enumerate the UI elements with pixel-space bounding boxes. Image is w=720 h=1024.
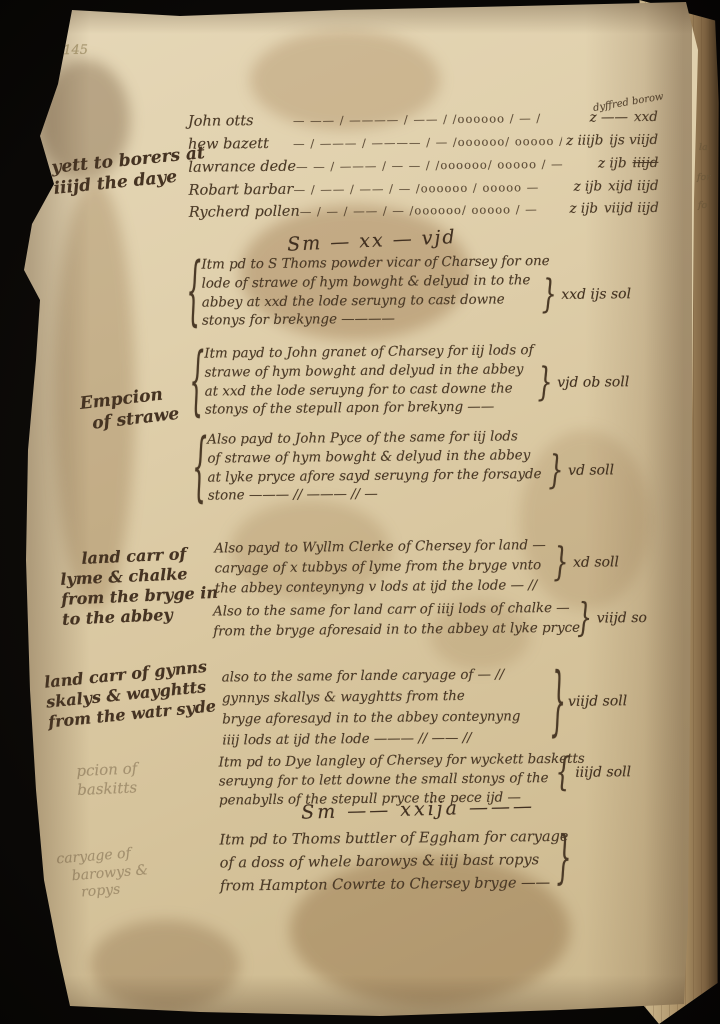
row-amount-denom: xxd xyxy=(634,109,658,125)
handwritten-content: 145 yett to borers at iiijd the daye Joh… xyxy=(0,0,720,1024)
account-entry: Itm payd to John granet of Charsey for i… xyxy=(204,342,534,421)
entry-brace: } xyxy=(556,830,571,887)
labourer-row: John otts — —— / ———— / —— / /oooooo / —… xyxy=(188,109,658,130)
entry-brace: } xyxy=(550,665,566,741)
margin-note-line: pcion of xyxy=(76,759,138,780)
row-amount: z iiijb xyxy=(566,132,603,148)
account-entry: Also payd to Wyllm Clerke of Chersey for… xyxy=(214,536,546,599)
amount-text: iiijd soll xyxy=(575,764,631,781)
entry-line: stonys of the stepull apon for brekyng —… xyxy=(205,399,534,421)
row-amount-denom: viijd iijd xyxy=(604,200,659,217)
account-entry: Also to the same for land carr of iiij l… xyxy=(213,599,580,643)
labourer-name: Rycherd pollen xyxy=(189,204,300,221)
amount-text: vjd ob soll xyxy=(557,374,629,391)
entry-amount: } xd soll xyxy=(552,549,619,576)
amount-brace: } xyxy=(553,543,568,582)
margin-note-lyme-chalke: land carr of lyme & chalke from the bryg… xyxy=(59,543,219,630)
row-amount: z ijb xyxy=(598,155,627,171)
row-amount-denom-struck: iiijd xyxy=(632,155,658,171)
account-entry: Also payd to John Pyce of the same for i… xyxy=(207,428,542,507)
labourer-row: hew bazett — / ——— / ———— / — /oooooo/ o… xyxy=(188,132,658,153)
labourer-name: John otts xyxy=(188,113,293,130)
margin-note-baskets: pcion of baskitts xyxy=(76,759,138,799)
entry-amount: } xxd ijs sol xyxy=(541,281,632,308)
margin-note-line: baskitts xyxy=(77,778,139,799)
labourer-row: lawrance dede — — / ——— / — — / /oooooo/… xyxy=(188,155,658,176)
entry-line: iiij lods at ijd the lode ——— // —— // xyxy=(222,727,520,751)
entry-line: bryge aforesayd in to the abbey conteyny… xyxy=(222,706,520,730)
entry-brace: { xyxy=(189,345,205,421)
entry-amount: } vd soll xyxy=(547,457,614,484)
row-amount-denom: ijs viijd xyxy=(609,132,658,149)
labourer-name: lawrance dede xyxy=(188,159,296,176)
entry-brace: { xyxy=(192,431,208,507)
amount-brace: } xyxy=(541,275,556,314)
entry-line: from the bryge aforesaid in to the abbey… xyxy=(213,619,580,643)
row-amount-denom: xijd iijd xyxy=(608,178,659,195)
entry-line: stonys for brekynge ———— xyxy=(202,309,550,331)
manuscript-leaf: 145 yett to borers at iiijd the daye Joh… xyxy=(0,0,720,1024)
amount-brace: { xyxy=(555,753,570,792)
labourer-name: hew bazett xyxy=(188,136,293,153)
entry-line: also to the same for lande caryage of — … xyxy=(222,664,520,688)
entry-amount: viijd soll xyxy=(568,693,627,710)
entry-line: the abbey conteynyng v lods at ijd the l… xyxy=(215,576,547,599)
next-leaf-text-fragment: for xyxy=(697,172,711,183)
entry-line: at lyke pryce afore sayd seruyng for the… xyxy=(208,466,542,488)
entry-line: stone ——— // ——— // — xyxy=(208,484,542,506)
next-leaf-text-fragment: la xyxy=(699,142,708,153)
row-amount: z ijb xyxy=(569,200,598,216)
margin-note-carriage: caryage of barowys & ropys xyxy=(56,844,150,904)
row-amount: z ijb xyxy=(573,178,602,194)
entry-amount: { iiijd soll xyxy=(555,759,632,786)
tally-marks: — / — / —— / — /oooooo/ ooooo / — xyxy=(300,202,566,219)
account-entry: Itm pd to Thoms buttler of Eggham for ca… xyxy=(219,826,569,899)
tally-marks: — / ——— / ———— / — /oooooo/ ooooo / — xyxy=(293,134,562,151)
account-entry: Itm pd to S Thoms powder vicar of Charse… xyxy=(201,253,550,332)
amount-text: viijd so xyxy=(597,610,647,627)
tally-marks: — —— / ———— / —— / /oooooo / — / xyxy=(293,111,586,128)
entry-line: seruyng for to lett downe the small ston… xyxy=(219,769,585,792)
account-entry: also to the same for lande caryage of — … xyxy=(222,664,521,751)
entry-amount: } viijd so xyxy=(576,605,647,632)
margin-note-straw: Empcion of strawe xyxy=(79,383,181,436)
amount-brace: } xyxy=(577,599,592,638)
tally-marks: — / —— / —— / — /oooooo / ooooo — xyxy=(294,180,570,197)
amount-text: viijd soll xyxy=(568,693,627,710)
labourer-name: Robart barbar xyxy=(189,182,294,199)
amount-text: vd soll xyxy=(568,462,614,478)
amount-brace: } xyxy=(537,363,552,402)
next-leaf-text-fragment: fo xyxy=(698,200,707,211)
entry-line: from Hampton Cowrte to Chersey bryge —— xyxy=(220,872,569,899)
margin-note-gynns: land carr of gynns skalys & wayghtts fro… xyxy=(43,656,217,732)
entry-brace: { xyxy=(186,255,202,331)
amount-brace: } xyxy=(548,451,563,490)
manuscript-photo: 145 yett to borers at iiijd the daye Joh… xyxy=(0,0,720,1024)
amount-text: xxd ijs sol xyxy=(561,286,631,303)
tally-marks: — — / ——— / — — / /oooooo/ ooooo / — xyxy=(296,157,594,174)
labourer-row: Rycherd pollen — / — / —— / — /oooooo/ o… xyxy=(189,200,659,221)
amount-text: xd soll xyxy=(573,554,619,570)
entry-amount: } vjd ob soll xyxy=(537,369,630,396)
sum-line: Sm — xx — vjd xyxy=(287,226,457,256)
margin-note-labourers: yett to borers at iiijd the daye xyxy=(51,143,208,200)
labourer-row: Robart barbar — / —— / —— / — /oooooo / … xyxy=(189,178,659,199)
folio-number: 145 xyxy=(63,43,88,58)
